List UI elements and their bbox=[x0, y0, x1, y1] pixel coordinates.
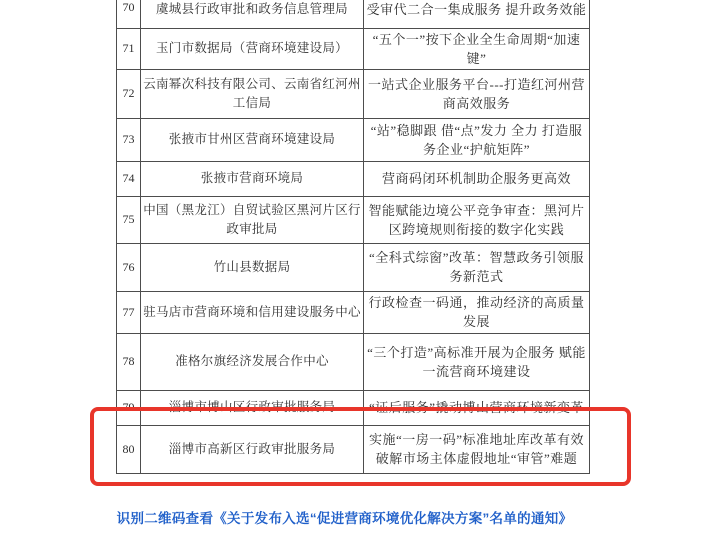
rank-cell: 78 bbox=[117, 333, 141, 390]
org-cell: 淄博市高新区行政审批服务局 bbox=[141, 425, 364, 473]
table-row: 70 虞城县行政审批和政务信息管理局 受审代二合一集成服务 提升政务效能 bbox=[117, 0, 590, 28]
org-cell: 张掖市甘州区营商环境建设局 bbox=[141, 118, 364, 161]
rank-cell: 80 bbox=[117, 425, 141, 473]
table-row: 73 张掖市甘州区营商环境建设局 “站”稳脚跟 借“点”发力 全力 打造服务企业… bbox=[117, 118, 590, 161]
table-row: 79 淄博市博山区行政审批服务局 “证后服务”撬动博山营商环境新变革 bbox=[117, 390, 590, 425]
org-cell: 虞城县行政审批和政务信息管理局 bbox=[141, 0, 364, 28]
table-row: 76 竹山县数据局 “全科式综窗”改革：智慧政务引领服务新范式 bbox=[117, 243, 590, 291]
title-cell: “站”稳脚跟 借“点”发力 全力 打造服务企业“护航矩阵” bbox=[364, 118, 590, 161]
title-cell: “三个打造”高标准开展为企服务 赋能一流营商环境建设 bbox=[364, 333, 590, 390]
rank-cell: 77 bbox=[117, 291, 141, 333]
rank-cell: 76 bbox=[117, 243, 141, 291]
org-cell: 张掖市营商环境局 bbox=[141, 161, 364, 196]
org-cell: 淄博市博山区行政审批服务局 bbox=[141, 390, 364, 425]
rank-cell: 79 bbox=[117, 390, 141, 425]
table-row: 74 张掖市营商环境局 营商码闭环机制助企服务更高效 bbox=[117, 161, 590, 196]
title-cell: 一站式企业服务平台---打造红河州营商高效服务 bbox=[364, 69, 590, 118]
notice-link[interactable]: 识别二维码查看《关于发布入选“促进营商环境优化解决方案”名单的通知》 bbox=[117, 511, 573, 526]
rank-cell: 71 bbox=[117, 28, 141, 69]
org-cell: 驻马店市营商环境和信用建设服务中心 bbox=[141, 291, 364, 333]
title-cell: “全科式综窗”改革：智慧政务引领服务新范式 bbox=[364, 243, 590, 291]
title-cell: 实施“一房一码”标准地址库改革有效破解市场主体虚假地址“审管”难题 bbox=[364, 425, 590, 473]
rank-cell: 75 bbox=[117, 196, 141, 243]
title-cell: “证后服务”撬动博山营商环境新变革 bbox=[364, 390, 590, 425]
rank-cell: 72 bbox=[117, 69, 141, 118]
org-cell: 玉门市数据局（营商环境建设局） bbox=[141, 28, 364, 69]
title-cell: “五个一”按下企业全生命周期“加速键” bbox=[364, 28, 590, 69]
solutions-ranking-table: 70 虞城县行政审批和政务信息管理局 受审代二合一集成服务 提升政务效能 71 … bbox=[116, 0, 590, 474]
table-row-highlighted: 80 淄博市高新区行政审批服务局 实施“一房一码”标准地址库改革有效破解市场主体… bbox=[117, 425, 590, 473]
table-row: 71 玉门市数据局（营商环境建设局） “五个一”按下企业全生命周期“加速键” bbox=[117, 28, 590, 69]
org-cell: 中国（黑龙江）自贸试验区黑河片区行政审批局 bbox=[141, 196, 364, 243]
title-cell: 智能赋能边境公平竞争审查：黑河片区跨境规则衔接的数字化实践 bbox=[364, 196, 590, 243]
title-cell: 行政检查一码通，推动经济的高质量发展 bbox=[364, 291, 590, 333]
table-row: 78 准格尔旗经济发展合作中心 “三个打造”高标准开展为企服务 赋能一流营商环境… bbox=[117, 333, 590, 390]
footer: 识别二维码查看《关于发布入选“促进营商环境优化解决方案”名单的通知》 bbox=[0, 507, 699, 528]
title-cell: 营商码闭环机制助企服务更高效 bbox=[364, 161, 590, 196]
table-row: 75 中国（黑龙江）自贸试验区黑河片区行政审批局 智能赋能边境公平竞争审查：黑河… bbox=[117, 196, 590, 243]
org-cell: 竹山县数据局 bbox=[141, 243, 364, 291]
org-cell: 准格尔旗经济发展合作中心 bbox=[141, 333, 364, 390]
table-row: 72 云南幂次科技有限公司、云南省红河州工信局 一站式企业服务平台---打造红河… bbox=[117, 69, 590, 118]
rank-cell: 74 bbox=[117, 161, 141, 196]
rank-cell: 70 bbox=[117, 0, 141, 28]
table-row: 77 驻马店市营商环境和信用建设服务中心 行政检查一码通，推动经济的高质量发展 bbox=[117, 291, 590, 333]
org-cell: 云南幂次科技有限公司、云南省红河州工信局 bbox=[141, 69, 364, 118]
document-page: 70 虞城县行政审批和政务信息管理局 受审代二合一集成服务 提升政务效能 71 … bbox=[0, 0, 709, 550]
title-cell: 受审代二合一集成服务 提升政务效能 bbox=[364, 0, 590, 28]
rank-cell: 73 bbox=[117, 118, 141, 161]
